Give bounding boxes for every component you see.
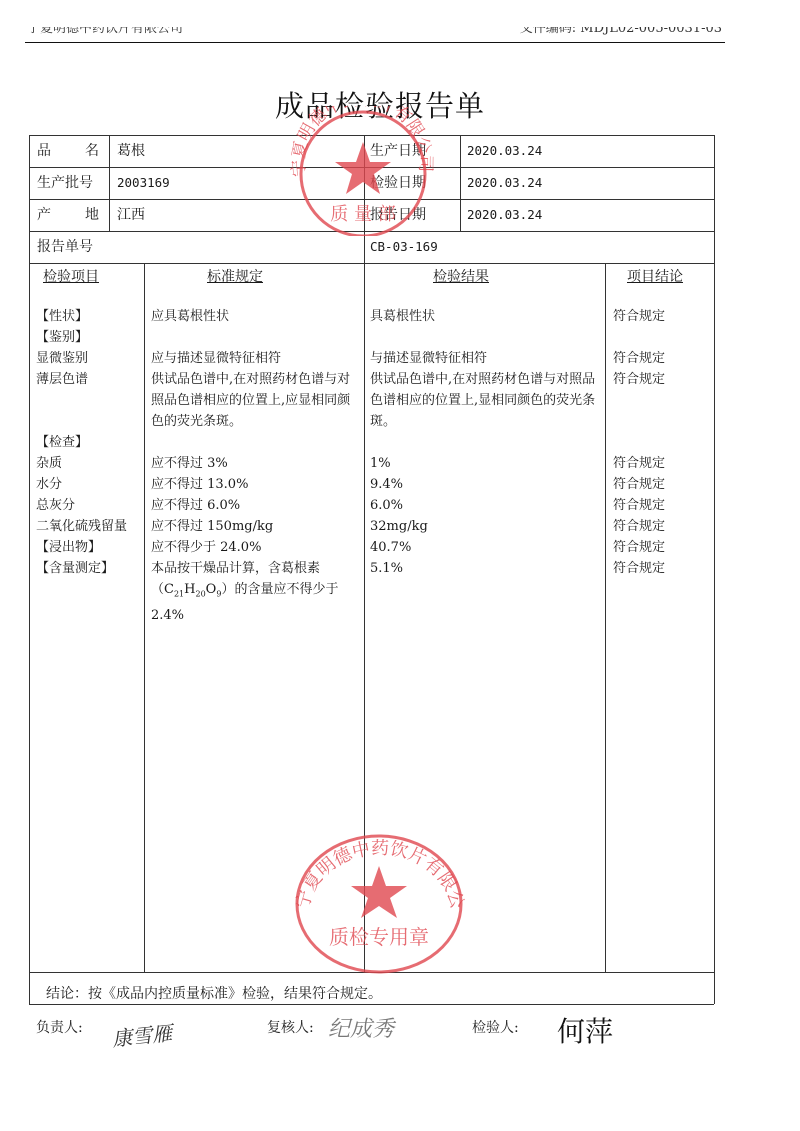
- reviewer-signature: 纪成秀: [328, 1012, 394, 1043]
- conclusion-text: 结论：按《成品内控质量标准》检验，结果符合规定。: [46, 986, 382, 1002]
- responsible-label: 负责人:: [36, 1017, 83, 1037]
- row-result: 5.1%: [370, 558, 602, 579]
- test-date-label: 检验日期: [370, 175, 426, 191]
- divider: [605, 263, 606, 972]
- row-item: 水分: [36, 474, 142, 495]
- col-header-result: 检验结果: [433, 266, 489, 286]
- report-no: CB-03-169: [370, 239, 438, 255]
- col-header-standard: 标准规定: [207, 266, 263, 286]
- row-standard: 应不得过 3%: [151, 453, 361, 474]
- label-char: 地: [85, 207, 99, 223]
- reviewer-label: 复核人:: [267, 1017, 314, 1037]
- svg-text:质检专用章: 质检专用章: [329, 925, 429, 949]
- row-standard: 应不得少于 24.0%: [151, 537, 361, 558]
- row-item: 【鉴别】: [36, 327, 142, 348]
- row-conclusion: 符合规定: [613, 306, 708, 327]
- row-standard: 应与描述显微特征相符: [151, 348, 361, 369]
- col-header-item: 检验项目: [43, 266, 99, 286]
- quality-inspection-stamp: 宁夏明德中药饮片有限公司 质检专用章: [290, 826, 468, 976]
- origin-label: 产地: [37, 207, 99, 223]
- row-result: 9.4%: [370, 474, 602, 495]
- row-standard: 应不得过 13.0%: [151, 474, 361, 495]
- divider: [109, 135, 110, 231]
- col-header-conclusion: 项目结论: [627, 266, 683, 286]
- row-result: 6.0%: [370, 495, 602, 516]
- company-header: 宁夏明德中药饮片有限公司: [27, 27, 183, 38]
- page-title: 成品检验报告单: [0, 84, 760, 125]
- report-no-label: 报告单号: [37, 239, 93, 255]
- row-conclusion: 符合规定: [613, 453, 708, 474]
- divider: [714, 135, 715, 1004]
- row-item: 【含量测定】: [36, 558, 142, 579]
- row-result: 32mg/kg: [370, 516, 602, 537]
- inspector-label: 检验人:: [472, 1017, 519, 1037]
- batch-number: 2003169: [117, 175, 170, 191]
- row-item: 杂质: [36, 453, 142, 474]
- origin: 江西: [117, 207, 145, 223]
- divider: [29, 167, 714, 168]
- row-item: 显微鉴别: [36, 348, 142, 369]
- row-standard: 应不得过 150mg/kg: [151, 516, 361, 537]
- row-item: 【浸出物】: [36, 537, 142, 558]
- divider: [144, 263, 145, 972]
- header-rule: [25, 42, 725, 43]
- test-date: 2020.03.24: [467, 175, 542, 191]
- row-result: 与描述显微特征相符: [370, 348, 602, 369]
- row-standard: 应具葛根性状: [151, 306, 361, 327]
- star-icon: [351, 866, 407, 918]
- svg-text:宁夏明德中药饮片有限公司: 宁夏明德中药饮片有限公司: [290, 826, 468, 911]
- row-result: 具葛根性状: [370, 306, 602, 327]
- row-conclusion: 符合规定: [613, 495, 708, 516]
- row-standard: 本品按干燥品计算，含葛根素（C21H20O9）的含量应不得少于2.4%: [151, 558, 361, 626]
- divider: [29, 1004, 714, 1005]
- row-item: 二氧化硫残留量: [36, 516, 142, 537]
- file-code: 文件编码: MDJL02-005-0031-03: [520, 27, 722, 38]
- row-item: 总灰分: [36, 495, 142, 516]
- row-result: 供试品色谱中,在对照药材色谱与对照品色谱相应的位置上,显相同颜色的荧光条斑。: [370, 369, 602, 432]
- divider: [29, 231, 714, 232]
- row-conclusion: 符合规定: [613, 369, 708, 390]
- divider: [29, 135, 714, 136]
- divider: [29, 972, 714, 973]
- row-conclusion: 符合规定: [613, 474, 708, 495]
- row-item: 【性状】: [36, 306, 142, 327]
- inspector-signature: 何萍: [557, 1010, 613, 1050]
- row-result: 40.7%: [370, 537, 602, 558]
- row-conclusion: 符合规定: [613, 537, 708, 558]
- row-standard: 应不得过 6.0%: [151, 495, 361, 516]
- prod-date-label: 生产日期: [370, 143, 426, 159]
- product-name-label: 品名: [37, 143, 99, 159]
- row-conclusion: 符合规定: [613, 516, 708, 537]
- row-result: 1%: [370, 453, 602, 474]
- row-item: 薄层色谱: [36, 369, 142, 390]
- label-char: 产: [37, 207, 51, 223]
- label-char: 名: [85, 143, 99, 159]
- divider: [29, 263, 714, 264]
- divider: [29, 135, 30, 1004]
- prod-date: 2020.03.24: [467, 143, 542, 159]
- divider: [460, 135, 461, 231]
- row-conclusion: 符合规定: [613, 558, 708, 579]
- product-name: 葛根: [117, 143, 145, 159]
- label-char: 品: [37, 143, 51, 159]
- responsible-signature: 康雪雁: [111, 1017, 174, 1052]
- divider: [29, 199, 714, 200]
- report-date: 2020.03.24: [467, 207, 542, 223]
- batch-label: 生产批号: [37, 175, 93, 191]
- row-conclusion: 符合规定: [613, 348, 708, 369]
- report-date-label: 报告日期: [370, 207, 426, 223]
- divider: [364, 135, 365, 972]
- row-standard: 供试品色谱中,在对照药材色谱与对照品色谱相应的位置上,应显相同颜色的荧光条斑。: [151, 369, 361, 432]
- row-item: 【检查】: [36, 432, 142, 453]
